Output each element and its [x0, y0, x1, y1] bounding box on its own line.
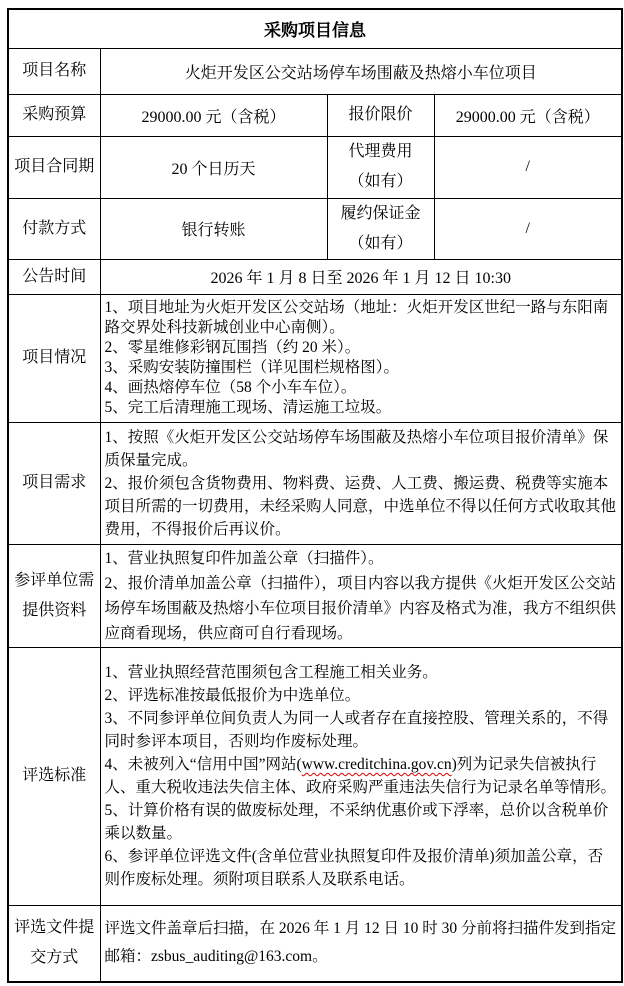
- budget-label: 采购预算: [8, 94, 100, 136]
- criteria-item-4-pre: 4、未被列入“信用中国”网站(: [105, 756, 302, 773]
- row-project-name: 项目名称 火炬开发区公交站场停车场围蔽及热熔小车位项目: [8, 48, 622, 94]
- table-title: 采购项目信息: [8, 9, 622, 48]
- performance-bond-label: 履约保证金 （如有）: [327, 198, 434, 259]
- project-name-value: 火炬开发区公交站场停车场围蔽及热熔小车位项目: [100, 48, 622, 94]
- project-requirements-label: 项目需求: [8, 422, 100, 544]
- title-row: 采购项目信息: [8, 9, 622, 48]
- list-item: 5、计算价格有误的做废标处理，不采纳优惠价或下浮率，总价以含税单价乘以数量。: [105, 799, 618, 845]
- project-name-label: 项目名称: [8, 48, 100, 94]
- list-item: 2、报价清单加盖公章（扫描件），项目内容以我方提供《火炬开发区公交站场停车场围蔽…: [105, 571, 618, 646]
- procurement-info-table: 采购项目信息 项目名称 火炬开发区公交站场停车场围蔽及热熔小车位项目 采购预算 …: [7, 8, 623, 983]
- row-evaluation-criteria: 评选标准 1、营业执照经营范围须包含工程施工相关业务。 2、评选标准按最低报价为…: [8, 647, 622, 905]
- payment-value: 银行转账: [100, 198, 327, 259]
- submission-method-label: 评选文件提 交方式: [8, 905, 100, 982]
- document-page: 采购项目信息 项目名称 火炬开发区公交站场停车场围蔽及热熔小车位项目 采购预算 …: [0, 0, 624, 986]
- submission-method-content: 评选文件盖章后扫描，在 2026 年 1 月 12 日 10 时 30 分前将扫…: [100, 905, 622, 982]
- list-item: 4、未被列入“信用中国”网站(www.creditchina.gov.cn)列为…: [105, 753, 618, 799]
- row-submission-method: 评选文件提 交方式 评选文件盖章后扫描，在 2026 年 1 月 12 日 10…: [8, 905, 622, 982]
- agency-fee-label: 代理费用 （如有）: [327, 136, 434, 198]
- row-contract-period: 项目合同期 20 个日历天 代理费用 （如有） /: [8, 136, 622, 198]
- list-item: 2、评选标准按最低报价为中选单位。: [105, 684, 618, 707]
- announcement-time-value: 2026 年 1 月 8 日至 2026 年 1 月 12 日 10:30: [100, 259, 622, 294]
- project-requirements-content: 1、按照《火炬开发区公交站场停车场围蔽及热熔小车位项目报价清单》保质保量完成。 …: [100, 422, 622, 544]
- project-overview-content: 1、项目地址为火炬开发区公交站场（地址：火炬开发区世纪一路与东阳南路交界处科技新…: [100, 294, 622, 422]
- row-project-overview: 项目情况 1、项目地址为火炬开发区公交站场（地址：火炬开发区世纪一路与东阳南路交…: [8, 294, 622, 422]
- quote-limit-value: 29000.00 元（含税）: [434, 94, 622, 136]
- evaluation-criteria-label: 评选标准: [8, 647, 100, 905]
- agency-fee-value: /: [434, 136, 622, 198]
- quote-limit-label: 报价限价: [327, 94, 434, 136]
- budget-value: 29000.00 元（含税）: [100, 94, 327, 136]
- list-item: 3、不同参评单位间负责人为同一人或者存在直接控股、管理关系的，不得同时参评本项目…: [105, 707, 618, 753]
- row-project-requirements: 项目需求 1、按照《火炬开发区公交站场停车场围蔽及热熔小车位项目报价清单》保质保…: [8, 422, 622, 544]
- row-budget: 采购预算 29000.00 元（含税） 报价限价 29000.00 元（含税）: [8, 94, 622, 136]
- list-item: 5、完工后清理施工现场、清运施工垃圾。: [105, 398, 618, 418]
- row-announcement-time: 公告时间 2026 年 1 月 8 日至 2026 年 1 月 12 日 10:…: [8, 259, 622, 294]
- list-item: 2、零星维修彩钢瓦围挡（约 20 米）。: [105, 338, 618, 358]
- required-documents-content: 1、营业执照复印件加盖公章（扫描件）。 2、报价清单加盖公章（扫描件），项目内容…: [100, 544, 622, 647]
- contract-period-value: 20 个日历天: [100, 136, 327, 198]
- creditchina-url: www.creditchina.gov.cn: [302, 756, 452, 773]
- list-item: 1、营业执照复印件加盖公章（扫描件）。: [105, 546, 618, 571]
- required-documents-label: 参评单位需 提供资料: [8, 544, 100, 647]
- project-overview-label: 项目情况: [8, 294, 100, 422]
- list-item: 1、项目地址为火炬开发区公交站场（地址：火炬开发区世纪一路与东阳南路交界处科技新…: [105, 298, 618, 338]
- announcement-time-label: 公告时间: [8, 259, 100, 294]
- submission-method-text: 评选文件盖章后扫描，在 2026 年 1 月 12 日 10 时 30 分前将扫…: [105, 915, 618, 971]
- list-item: 1、按照《火炬开发区公交站场停车场围蔽及热熔小车位项目报价清单》保质保量完成。: [105, 426, 618, 472]
- row-required-documents: 参评单位需 提供资料 1、营业执照复印件加盖公章（扫描件）。 2、报价清单加盖公…: [8, 544, 622, 647]
- evaluation-criteria-content: 1、营业执照经营范围须包含工程施工相关业务。 2、评选标准按最低报价为中选单位。…: [100, 647, 622, 905]
- row-payment: 付款方式 银行转账 履约保证金 （如有） /: [8, 198, 622, 259]
- list-item: 6、参评单位评选文件(含单位营业执照复印件及报价清单)须加盖公章，否则作废标处理…: [105, 845, 618, 891]
- performance-bond-value: /: [434, 198, 622, 259]
- contract-period-label: 项目合同期: [8, 136, 100, 198]
- list-item: 2、报价须包含货物费用、物料费、运费、人工费、搬运费、税费等实施本项目所需的一切…: [105, 472, 618, 541]
- payment-label: 付款方式: [8, 198, 100, 259]
- list-item: 3、采购安装防撞围栏（详见围栏规格图）。: [105, 358, 618, 378]
- list-item: 1、营业执照经营范围须包含工程施工相关业务。: [105, 661, 618, 684]
- list-item: 4、画热熔停车位（58 个小车车位）。: [105, 378, 618, 398]
